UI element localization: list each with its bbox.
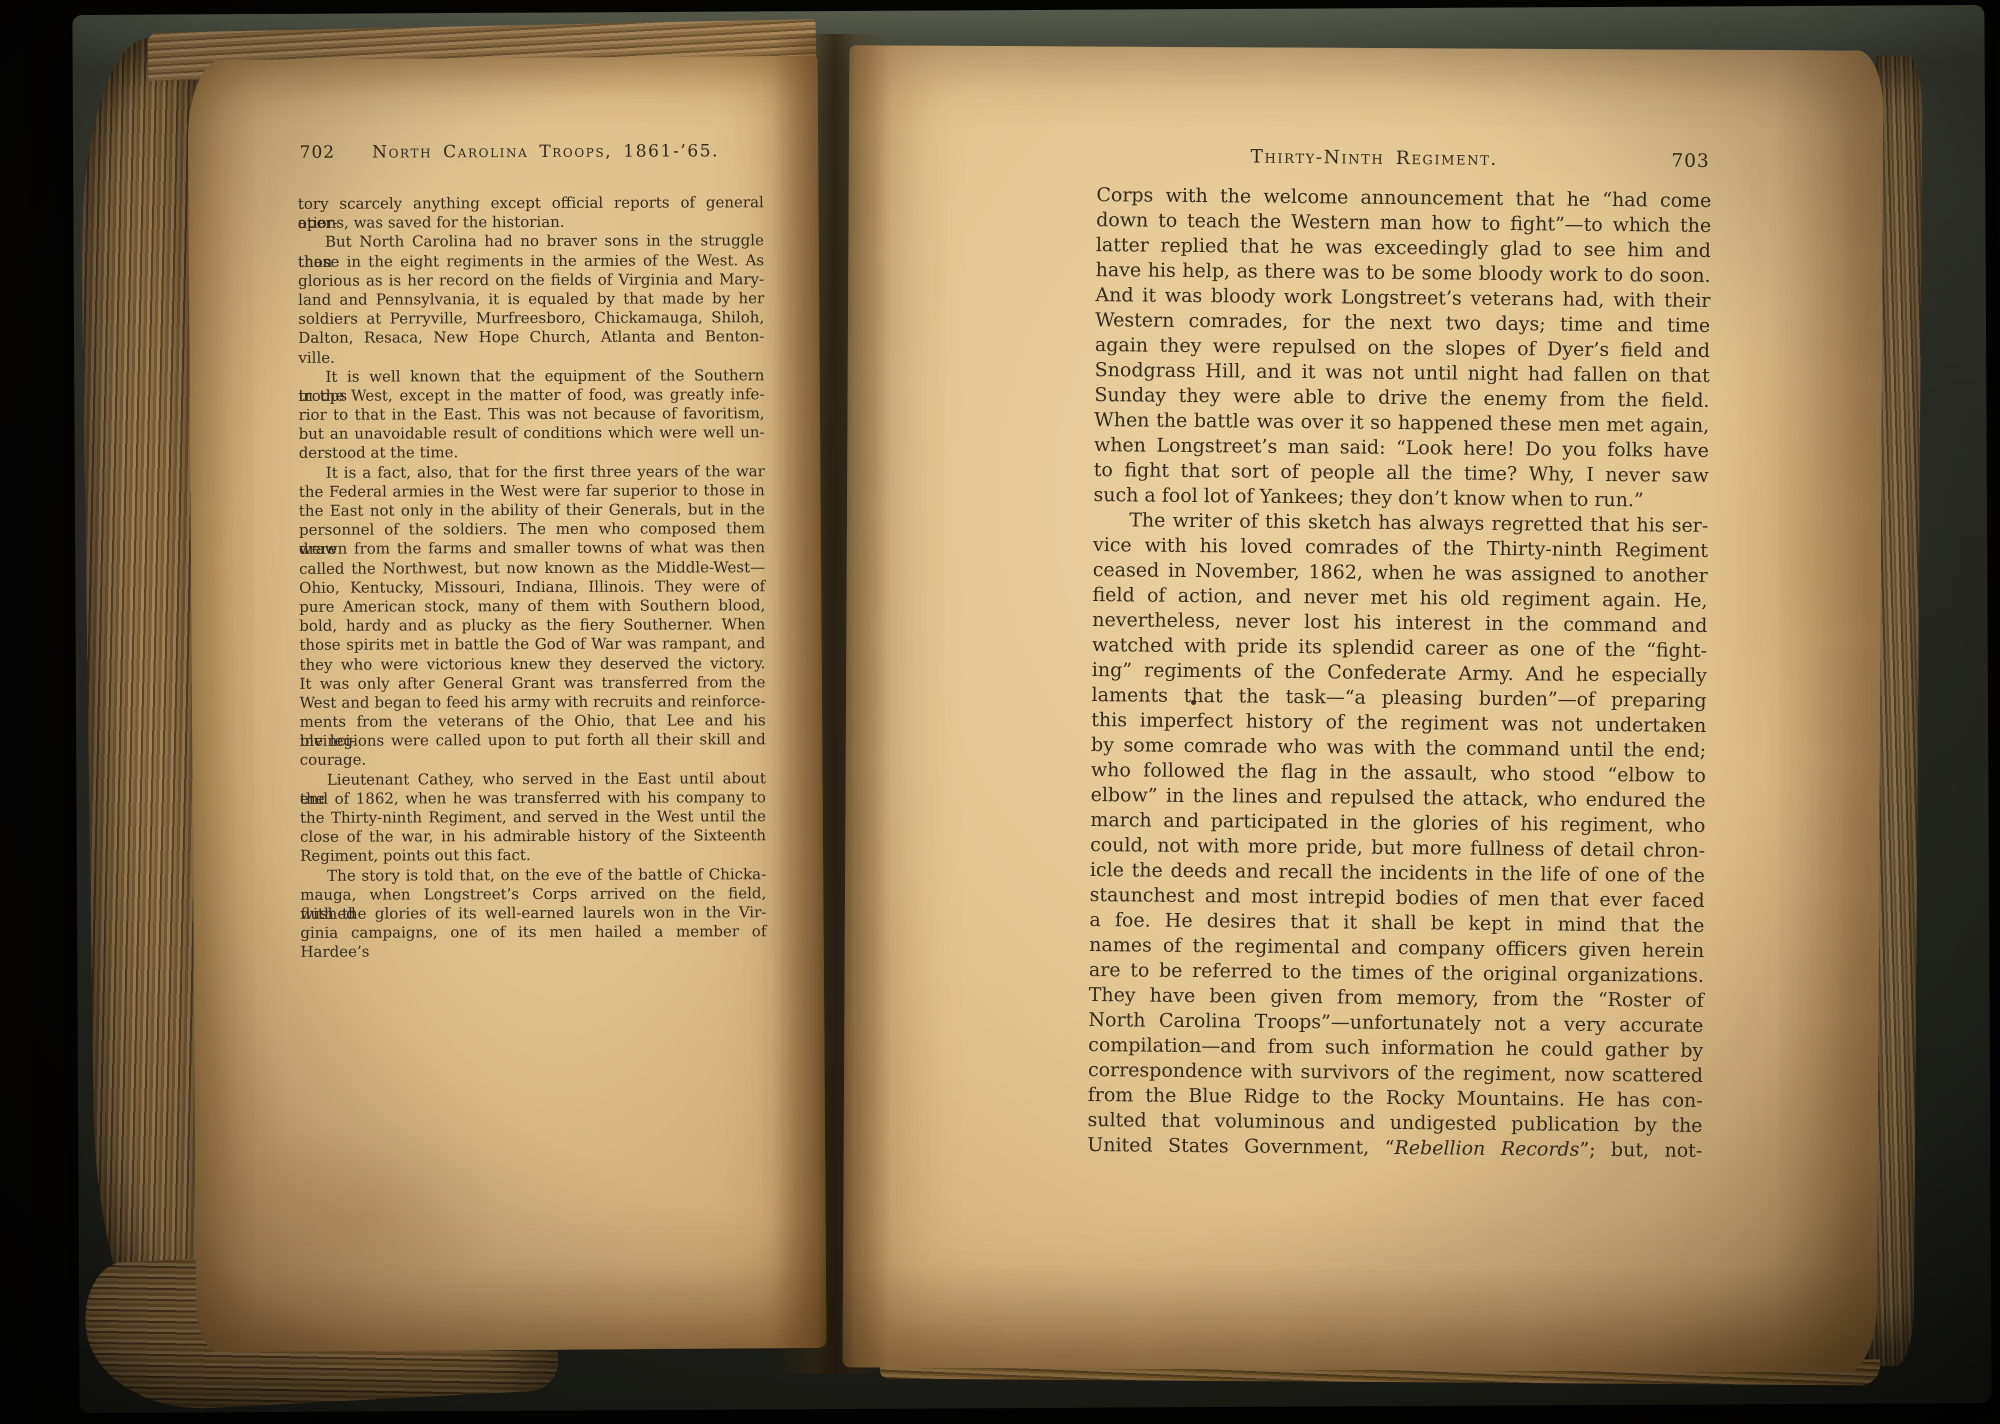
text-line: ginia campaigns, one of its men hailed a…: [300, 922, 766, 943]
text-line: those in the eight regiments in the armi…: [298, 251, 764, 272]
left-page-body: tory scarcely anything except official r…: [298, 193, 767, 943]
text-line: soldiers at Perryville, Murfreesboro, Ch…: [298, 308, 764, 329]
text-line: glorious as is her record on the fields …: [298, 270, 764, 291]
text-line: ations, was saved for the historian.: [298, 212, 764, 233]
text-line: rior to that in the East. This was not b…: [299, 404, 765, 425]
text-line: the Federal armies in the West were far …: [299, 481, 765, 502]
text-line: ments from the veterans of the Ohio, tha…: [300, 711, 766, 732]
text-line: in the West, except in the matter of foo…: [298, 385, 764, 406]
right-page-body: Corps with the welcome announcement that…: [1087, 183, 1711, 1164]
right-page-text: Thirty-Ninth Regiment. 703 Corps with th…: [1087, 145, 1712, 1164]
text-line: Regiment, points out this fact.: [300, 846, 766, 867]
text-line: Dalton, Resaca, New Hope Church, Atlanta…: [298, 328, 764, 349]
text-line: It is a fact, also, that for the first t…: [299, 462, 765, 483]
text-line: drawn from the farms and smaller towns o…: [299, 539, 765, 560]
text-line: personnel of the soldiers. The men who c…: [299, 519, 765, 540]
text-line: ville.: [298, 347, 764, 368]
running-title: North Carolina Troops, 1861-’65.: [328, 141, 764, 163]
page-number: 703: [1671, 151, 1710, 172]
book-photograph: 702 North Carolina Troops, 1861-’65. tor…: [0, 0, 2000, 1424]
text-line: mauga, when Longstreet’s Corps arrived o…: [300, 884, 766, 905]
text-line: the East not only in the ability of thei…: [299, 500, 765, 521]
text-line: West and began to feed his army with rec…: [300, 692, 766, 713]
text-line: ble legions were called upon to put fort…: [300, 730, 766, 751]
text-line: Lieutenant Cathey, who served in the Eas…: [300, 769, 766, 790]
text-line: those spirits met in battle the God of W…: [299, 634, 765, 655]
text-line: The story is told that, on the eve of th…: [300, 865, 766, 886]
left-page-text: 702 North Carolina Troops, 1861-’65. tor…: [298, 141, 767, 943]
text-line: they who were victorious knew they deser…: [299, 654, 765, 675]
text-line: bold, hardy and as plucky as the fiery S…: [299, 615, 765, 636]
text-line: called the Northwest, but now known as t…: [299, 558, 765, 579]
text-line: derstood at the time.: [299, 443, 765, 464]
running-title: Thirty-Ninth Regiment.: [1097, 145, 1652, 171]
text-line: with the glories of its well-earned laur…: [300, 903, 766, 924]
right-page-header: Thirty-Ninth Regiment. 703: [1097, 145, 1712, 173]
text-line: the Thirty-ninth Regiment, and served in…: [300, 807, 766, 828]
text-line: close of the war, in his admirable histo…: [300, 826, 766, 847]
text-line: pure American stock, many of them with S…: [299, 596, 765, 617]
left-page-header: 702 North Carolina Troops, 1861-’65.: [298, 141, 764, 165]
text-line: It is well known that the equipment of t…: [298, 366, 764, 387]
text-line: tory scarcely anything except official r…: [298, 193, 764, 214]
text-line: land and Pennsylvania, it is equaled by …: [298, 289, 764, 310]
paper-stain: [1700, 300, 1900, 800]
text-line: but an unavoidable result of conditions …: [299, 423, 765, 444]
text-line: But North Carolina had no braver sons in…: [298, 232, 764, 253]
text-line: end of 1862, when he was transferred wit…: [300, 788, 766, 809]
paper-stain: [210, 1120, 510, 1310]
text-line: It was only after General Grant was tran…: [299, 673, 765, 694]
text-line: Ohio, Kentucky, Missouri, Indiana, Illin…: [299, 577, 765, 598]
gutter-shadow: [772, 34, 888, 1374]
text-line: courage.: [300, 750, 766, 771]
